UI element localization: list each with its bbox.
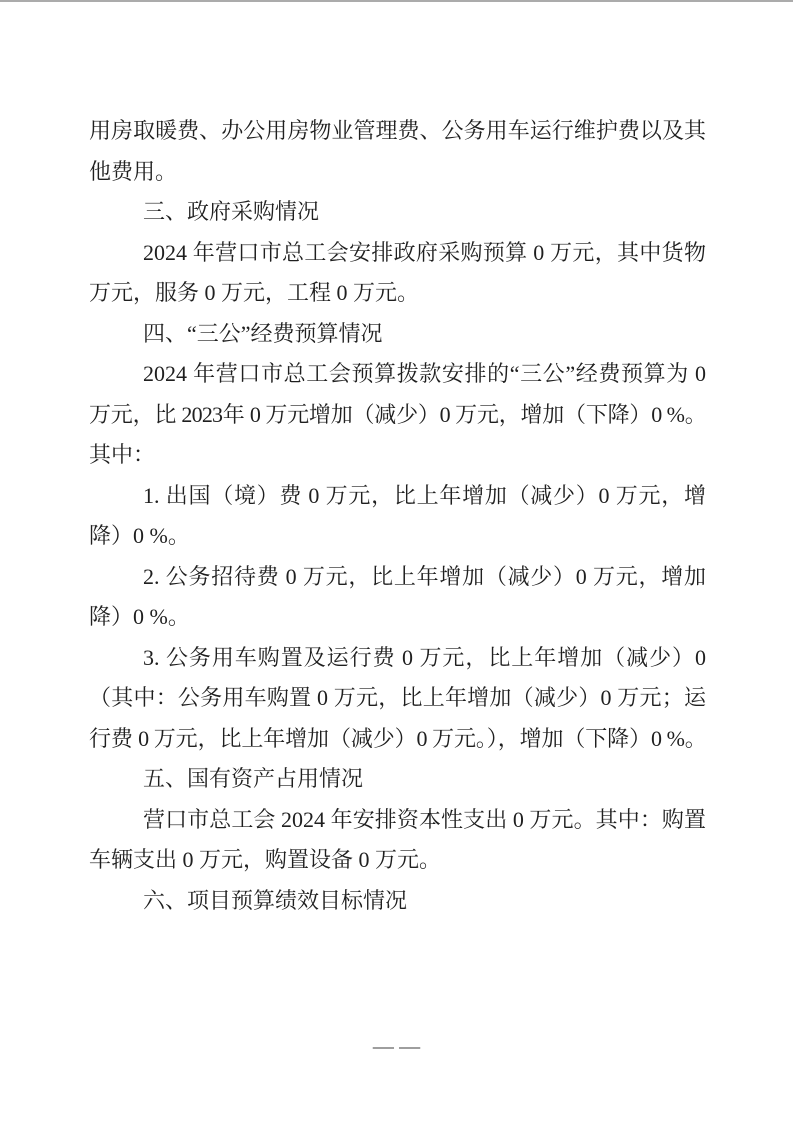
text-line: 2. 公务招待费 0 万元，比上年增加（减少）0 万元，增加（下: [89, 557, 706, 598]
text-line: 降）0 %。: [89, 516, 706, 557]
document-body: 用房取暖费、办公用房物业管理费、公务用车运行维护费以及其他费用。三、政府采购情况…: [89, 111, 706, 921]
text-line: 车辆支出 0 万元，购置设备 0 万元。: [89, 840, 706, 881]
text-line: 万元，比 2023年 0 万元增加（减少）0 万元，增加（下降）0 %。: [89, 395, 706, 436]
text-line: 1. 出国（境）费 0 万元，比上年增加（减少）0 万元，增加（下: [89, 476, 706, 517]
section-heading: 五、国有资产占用情况: [89, 759, 706, 800]
text-line: 3. 公务用车购置及运行费 0 万元，比上年增加（减少）0 万元，: [89, 638, 706, 679]
text-line: 降）0 %。: [89, 597, 706, 638]
text-line: 2024 年营口市总工会预算拨款安排的“三公”经费预算为 0: [89, 354, 706, 395]
text-line: 行费 0 万元，比上年增加（减少）0 万元。），增加（下降）0 %。: [89, 719, 706, 760]
text-line: 2024 年营口市总工会安排政府采购预算 0 万元，其中货物 0: [89, 233, 706, 274]
section-heading: 四、“三公”经费预算情况: [89, 314, 706, 355]
text-line: 其中：: [89, 435, 706, 476]
text-line: 营口市总工会 2024 年安排资本性支出 0 万元。其中：购置: [89, 800, 706, 841]
document-page: 用房取暖费、办公用房物业管理费、公务用车运行维护费以及其他费用。三、政府采购情况…: [0, 0, 793, 1121]
page-number-marker: — —: [0, 1032, 793, 1060]
text-line: 万元，服务 0 万元，工程 0 万元。: [89, 273, 706, 314]
text-line: （其中：公务用车购置 0 万元，比上年增加（减少）0 万元；运: [89, 678, 706, 719]
text-line: 他费用。: [89, 152, 706, 193]
page-top-edge-line: [0, 0, 793, 2]
section-heading: 三、政府采购情况: [89, 192, 706, 233]
text-line: 用房取暖费、办公用房物业管理费、公务用车运行维护费以及其: [89, 111, 706, 152]
section-heading: 六、项目预算绩效目标情况: [89, 881, 706, 922]
